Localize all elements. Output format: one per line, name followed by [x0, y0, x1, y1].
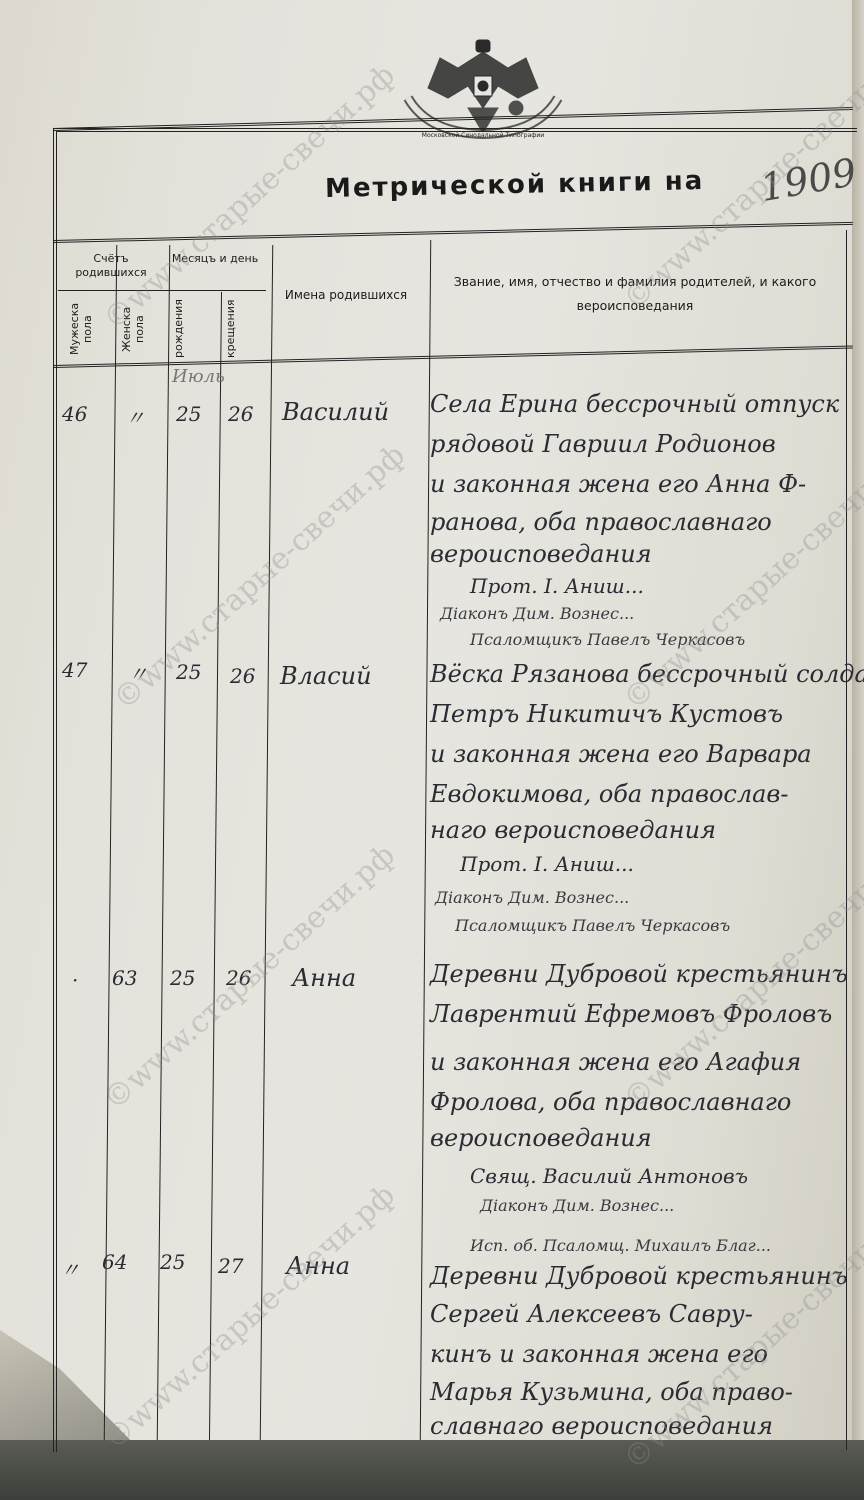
parents-line: кинъ и законная жена его	[430, 1340, 768, 1368]
parents-line: Села Ерина бессрочный отпуск	[430, 390, 839, 418]
female-number: 64	[102, 1250, 127, 1274]
male-number: 〃	[60, 1254, 80, 1283]
parents-line: вероисповедания	[430, 540, 652, 568]
parents-line: вероисповедания	[430, 1124, 652, 1152]
birth-day: 25	[170, 966, 195, 990]
child-name: Анна	[286, 1252, 350, 1280]
subheader-rule-left	[58, 290, 266, 291]
male-number: 47	[62, 658, 87, 682]
clergy-line: Діаконъ Дим. Вознес...	[435, 888, 629, 907]
clergy-line: Діаконъ Дим. Вознес...	[480, 1196, 674, 1215]
male-number: 46	[62, 402, 87, 426]
female-number: 〃	[128, 658, 148, 687]
parents-line: Евдокимова, оба православ-	[430, 780, 789, 808]
scanned-register-page: Московской Синодальной Типографии Метрич…	[0, 0, 864, 1500]
clergy-line: Псаломщикъ Павелъ Черкасовъ	[470, 630, 745, 649]
clergy-line: Прот. І. Аниш...	[470, 574, 644, 598]
child-name: Власий	[280, 662, 372, 690]
child-name: Анна	[292, 964, 356, 992]
parents-line: Марья Кузьмина, оба право-	[430, 1378, 793, 1406]
header-month-day: Месяцъ и день	[166, 252, 264, 266]
parents-line: Вёска Рязанова бессрочный солдатъ	[430, 660, 864, 688]
parents-line: и законная жена его Варвара	[430, 740, 812, 768]
parents-line: ранова, оба православнаго	[430, 508, 772, 536]
header-baptized: крещения	[224, 298, 237, 360]
parents-line: славнаго вероисповедания	[430, 1412, 773, 1440]
parents-line: рядовой Гавриил Родионов	[430, 430, 776, 458]
female-number: 〃	[125, 402, 145, 431]
child-name: Василий	[282, 398, 389, 426]
month-note: Июль	[172, 366, 225, 387]
parents-line: Деревни Дубровой крестьянинъ	[430, 960, 848, 988]
parents-line: Сергей Алексеевъ Савру-	[430, 1300, 753, 1328]
male-number: ·	[72, 968, 78, 992]
baptism-day: 26	[230, 664, 255, 688]
clergy-line: Прот. І. Аниш...	[460, 852, 634, 876]
clergy-line: Псаломщикъ Павелъ Черкасовъ	[455, 916, 730, 935]
parents-line: Исп. об. Псаломщ. Михаилъ Благ...	[470, 1236, 771, 1255]
baptism-day: 26	[228, 402, 253, 426]
baptism-day: 26	[226, 966, 251, 990]
female-number: 63	[112, 966, 137, 990]
clergy-line: Свящ. Василий Антоновъ	[470, 1164, 748, 1188]
header-birth-count: Счётъ родившихся	[62, 252, 160, 280]
birth-day: 25	[176, 402, 201, 426]
header-parents: Звание, имя, отчество и фамилия родителе…	[430, 270, 840, 318]
birth-day: 25	[176, 660, 201, 684]
parents-line: Лаврентий Ефремовъ Фроловъ	[430, 1000, 832, 1028]
header-names: Имена родившихся	[270, 288, 422, 303]
birth-day: 25	[160, 1250, 185, 1274]
header-born: рождения	[172, 298, 185, 360]
clergy-line: Діаконъ Дим. Вознес...	[440, 604, 634, 623]
header-male: Мужеска пола	[68, 298, 94, 360]
parents-line: и законная жена его Анна Ф-	[430, 470, 806, 498]
parents-line: Фролова, оба православнаго	[430, 1088, 791, 1116]
parents-line: Петръ Никитичъ Кустовъ	[430, 700, 783, 728]
header-female: Женска пола	[120, 298, 146, 360]
parents-line: и законная жена его Агафия	[430, 1048, 801, 1076]
parents-line: наго вероисповедания	[430, 816, 716, 844]
baptism-day: 27	[218, 1254, 243, 1278]
parents-line: Деревни Дубровой крестьянинъ	[430, 1262, 848, 1290]
